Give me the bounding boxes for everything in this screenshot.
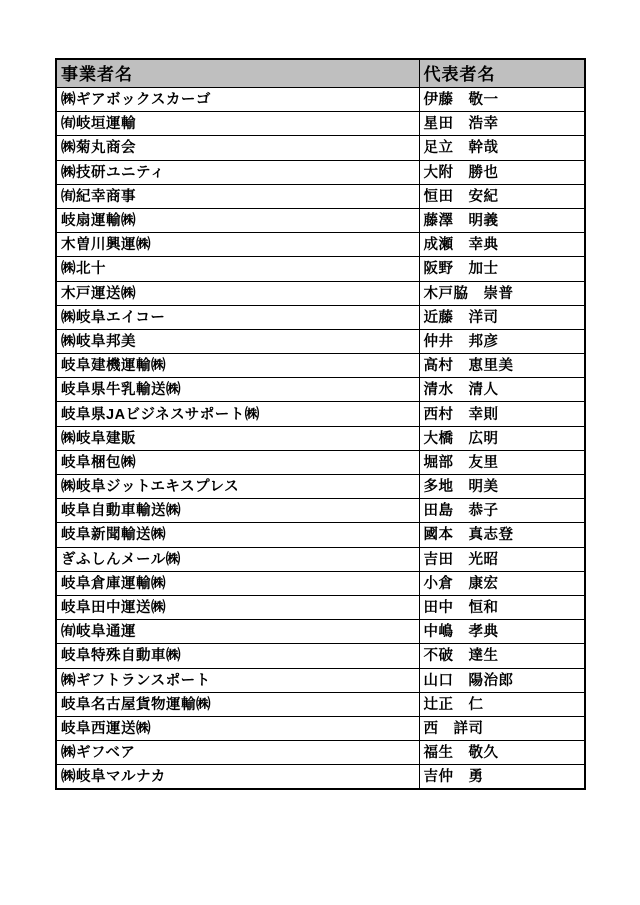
representative-cell: 西 詳司 (419, 716, 585, 740)
representative-cell: 國本 真志登 (419, 523, 585, 547)
table-row: 岐阜名古屋貨物運輸㈱辻正 仁 (56, 692, 585, 716)
table-row: 岐阜梱包㈱堀部 友里 (56, 450, 585, 474)
representative-cell: 山口 陽治郎 (419, 668, 585, 692)
representative-cell: 大橋 広明 (419, 426, 585, 450)
table-row: ㈱ギアボックスカーゴ伊藤 敬一 (56, 88, 585, 112)
table-row: ㈲岐垣運輸星田 浩幸 (56, 112, 585, 136)
table-row: 木曽川興運㈱成瀬 幸典 (56, 233, 585, 257)
company-cell: 岐阜建機運輸㈱ (56, 354, 419, 378)
company-cell: 岐阜梱包㈱ (56, 450, 419, 474)
company-cell: ㈱北十 (56, 257, 419, 281)
representative-cell: 星田 浩幸 (419, 112, 585, 136)
representative-cell: 高村 恵里美 (419, 354, 585, 378)
company-cell: ㈲紀幸商事 (56, 184, 419, 208)
company-cell: ㈱ギフトランスポート (56, 668, 419, 692)
table-row: 岐阜新聞輸送㈱國本 真志登 (56, 523, 585, 547)
company-cell: ㈱岐阜建販 (56, 426, 419, 450)
company-cell: 岐阜名古屋貨物運輸㈱ (56, 692, 419, 716)
table-row: 岐阜田中運送㈱田中 恒和 (56, 595, 585, 619)
table-row: 岐阜県牛乳輸送㈱清水 清人 (56, 378, 585, 402)
representative-cell: 田中 恒和 (419, 595, 585, 619)
representative-cell: 中嶋 孝典 (419, 620, 585, 644)
representative-cell: 多地 明美 (419, 475, 585, 499)
representative-cell: 辻正 仁 (419, 692, 585, 716)
table-row: 岐阜特殊自動車㈱不破 達生 (56, 644, 585, 668)
company-cell: 岐阜田中運送㈱ (56, 595, 419, 619)
table-row: 木戸運送㈱木戸脇 崇普 (56, 281, 585, 305)
representative-cell: 近藤 洋司 (419, 305, 585, 329)
representative-cell: 足立 幹哉 (419, 136, 585, 160)
representative-cell: 吉田 光昭 (419, 547, 585, 571)
company-cell: 岐扇運輸㈱ (56, 208, 419, 232)
table-row: 岐阜西運送㈱西 詳司 (56, 716, 585, 740)
table-row: ㈱岐阜邦美仲井 邦彦 (56, 329, 585, 353)
company-cell: ㈱ギアボックスカーゴ (56, 88, 419, 112)
representative-cell: 不破 達生 (419, 644, 585, 668)
company-cell: 岐阜西運送㈱ (56, 716, 419, 740)
company-cell: ㈲岐阜通運 (56, 620, 419, 644)
company-cell: 岐阜新聞輸送㈱ (56, 523, 419, 547)
company-cell: 岐阜自動車輸送㈱ (56, 499, 419, 523)
representative-cell: 成瀬 幸典 (419, 233, 585, 257)
representative-cell: 阪野 加士 (419, 257, 585, 281)
company-cell: 岐阜県牛乳輸送㈱ (56, 378, 419, 402)
representative-cell: 伊藤 敬一 (419, 88, 585, 112)
representative-cell: 木戸脇 崇普 (419, 281, 585, 305)
table-row: ㈱岐阜エイコー近藤 洋司 (56, 305, 585, 329)
table-row: ㈲紀幸商事恒田 安紀 (56, 184, 585, 208)
table-row: ぎふしんメール㈱吉田 光昭 (56, 547, 585, 571)
operators-table: 事業者名 代表者名 ㈱ギアボックスカーゴ伊藤 敬一㈲岐垣運輸星田 浩幸㈱菊丸商会… (55, 58, 586, 790)
representative-cell: 堀部 友里 (419, 450, 585, 474)
table-row: ㈱菊丸商会足立 幹哉 (56, 136, 585, 160)
representative-cell: 吉仲 勇 (419, 765, 585, 790)
company-cell: ぎふしんメール㈱ (56, 547, 419, 571)
table-row: ㈱岐阜建販大橋 広明 (56, 426, 585, 450)
document-page: 事業者名 代表者名 ㈱ギアボックスカーゴ伊藤 敬一㈲岐垣運輸星田 浩幸㈱菊丸商会… (55, 58, 584, 790)
table-row: ㈱岐阜ジットエキスプレス多地 明美 (56, 475, 585, 499)
table-body: ㈱ギアボックスカーゴ伊藤 敬一㈲岐垣運輸星田 浩幸㈱菊丸商会足立 幹哉㈱技研ユニ… (56, 88, 585, 790)
representative-cell: 田島 恭子 (419, 499, 585, 523)
company-cell: ㈱菊丸商会 (56, 136, 419, 160)
table-row: 岐阜倉庫運輸㈱小倉 康宏 (56, 571, 585, 595)
representative-cell: 大附 勝也 (419, 160, 585, 184)
representative-cell: 西村 幸則 (419, 402, 585, 426)
table-row: 岐扇運輸㈱藤澤 明義 (56, 208, 585, 232)
representative-column-header: 代表者名 (419, 59, 585, 88)
company-cell: ㈱岐阜マルナカ (56, 765, 419, 790)
company-cell: ㈱岐阜エイコー (56, 305, 419, 329)
company-cell: ㈱ギフベア (56, 741, 419, 765)
representative-cell: 小倉 康宏 (419, 571, 585, 595)
representative-cell: 仲井 邦彦 (419, 329, 585, 353)
table-row: ㈱北十阪野 加士 (56, 257, 585, 281)
representative-cell: 恒田 安紀 (419, 184, 585, 208)
company-cell: ㈱岐阜邦美 (56, 329, 419, 353)
representative-cell: 清水 清人 (419, 378, 585, 402)
table-row: ㈲岐阜通運中嶋 孝典 (56, 620, 585, 644)
table-row: ㈱ギフトランスポート山口 陽治郎 (56, 668, 585, 692)
table-row: 岐阜県JAビジネスサポート㈱西村 幸則 (56, 402, 585, 426)
company-cell: 岐阜倉庫運輸㈱ (56, 571, 419, 595)
company-cell: 岐阜特殊自動車㈱ (56, 644, 419, 668)
company-cell: 岐阜県JAビジネスサポート㈱ (56, 402, 419, 426)
table-row: ㈱技研ユニティ大附 勝也 (56, 160, 585, 184)
table-row: 岐阜自動車輸送㈱田島 恭子 (56, 499, 585, 523)
company-column-header: 事業者名 (56, 59, 419, 88)
table-header-row: 事業者名 代表者名 (56, 59, 585, 88)
table-row: 岐阜建機運輸㈱高村 恵里美 (56, 354, 585, 378)
company-cell: 木曽川興運㈱ (56, 233, 419, 257)
company-cell: 木戸運送㈱ (56, 281, 419, 305)
representative-cell: 藤澤 明義 (419, 208, 585, 232)
company-cell: ㈲岐垣運輸 (56, 112, 419, 136)
company-cell: ㈱技研ユニティ (56, 160, 419, 184)
representative-cell: 福生 敬久 (419, 741, 585, 765)
table-row: ㈱岐阜マルナカ吉仲 勇 (56, 765, 585, 790)
table-row: ㈱ギフベア福生 敬久 (56, 741, 585, 765)
company-cell: ㈱岐阜ジットエキスプレス (56, 475, 419, 499)
